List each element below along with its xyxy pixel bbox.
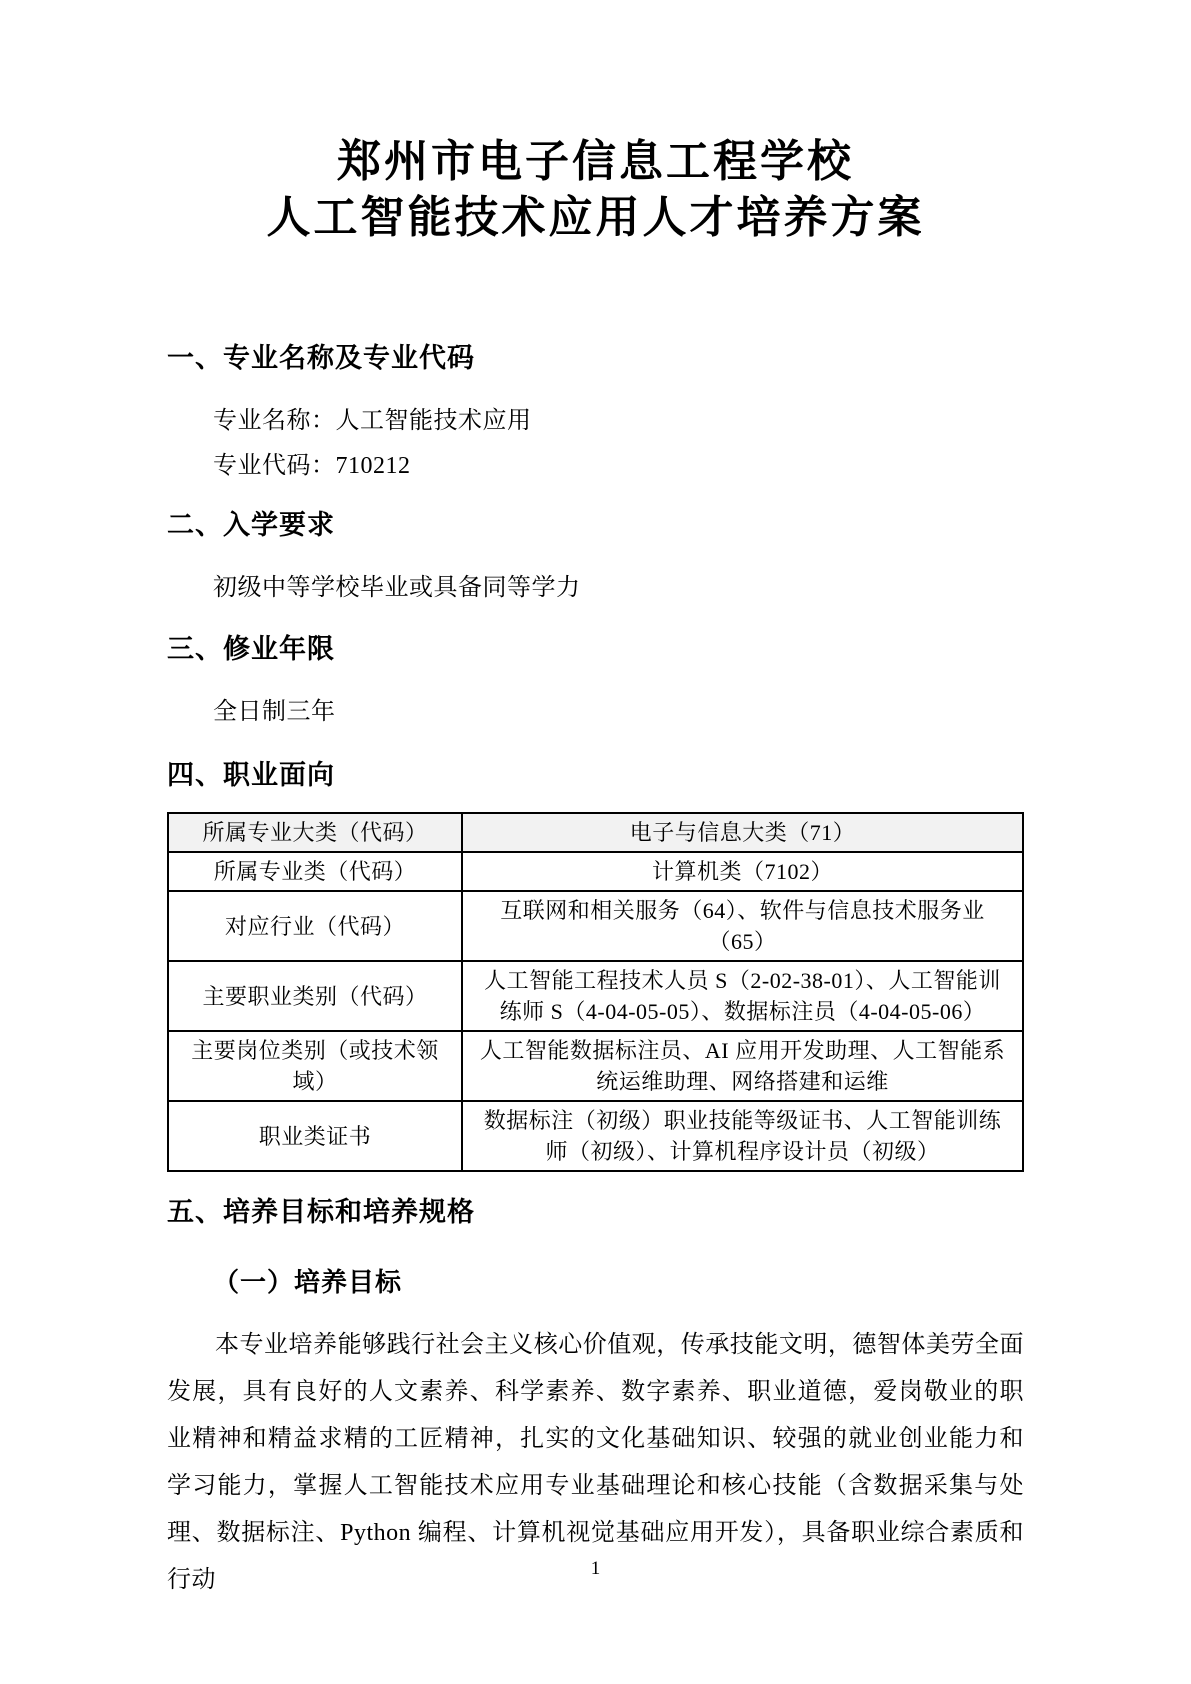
row-label-cell: 职业类证书: [168, 1101, 462, 1171]
document-page: 郑州市电子信息工程学校 人工智能技术应用人才培养方案 一、专业名称及专业代码 专…: [0, 0, 1191, 1684]
row-label-cell: 主要职业类别（代码）: [168, 961, 462, 1031]
document-title-line2: 人工智能技术应用人才培养方案: [267, 193, 925, 242]
section-heading-5: 五、培养目标和培养规格: [167, 1192, 1024, 1232]
table-row: 所属专业大类（代码） 电子与信息大类（71）: [168, 813, 1023, 852]
row-value-cell: 人工智能工程技术人员 S（2-02-38-01）、人工智能训练师 S（4-04-…: [462, 961, 1023, 1031]
section-heading-3: 三、修业年限: [167, 629, 1024, 669]
row-label-cell: 主要岗位类别（或技术领域）: [168, 1031, 462, 1101]
section-heading-1: 一、专业名称及专业代码: [167, 338, 1024, 378]
table-row: 对应行业（代码） 互联网和相关服务（64）、软件与信息技术服务业（65）: [168, 891, 1023, 961]
section-body-3: 全日制三年: [167, 690, 1024, 735]
page-number: 1: [0, 1558, 1191, 1580]
row-label-cell: 对应行业（代码）: [168, 891, 462, 961]
document-title: 郑州市电子信息工程学校 人工智能技术应用人才培养方案: [167, 134, 1024, 246]
major-code-line: 专业代码：710212: [167, 444, 1024, 489]
subsection-heading-training-objective: （一）培养目标: [167, 1262, 1024, 1302]
row-value-cell: 数据标注（初级）职业技能等级证书、人工智能训练师（初级）、计算机程序设计员（初级…: [462, 1101, 1023, 1171]
row-value-cell: 人工智能数据标注员、AI 应用开发助理、人工智能系统运维助理、网络搭建和运维: [462, 1031, 1023, 1101]
study-duration-line: 全日制三年: [167, 690, 1024, 735]
row-value-cell: 互联网和相关服务（64）、软件与信息技术服务业（65）: [462, 891, 1023, 961]
section-body-1: 专业名称：人工智能技术应用 专业代码：710212: [167, 399, 1024, 489]
admission-requirement-line: 初级中等学校毕业或具备同等学力: [167, 566, 1024, 611]
section-heading-2: 二、入学要求: [167, 505, 1024, 545]
major-name-line: 专业名称：人工智能技术应用: [167, 399, 1024, 444]
row-value-cell: 电子与信息大类（71）: [462, 813, 1023, 852]
row-label-cell: 所属专业大类（代码）: [168, 813, 462, 852]
section-heading-4: 四、职业面向: [167, 755, 1024, 795]
document-title-line1: 郑州市电子信息工程学校: [337, 137, 854, 186]
row-label-cell: 所属专业类（代码）: [168, 852, 462, 891]
table-row: 主要岗位类别（或技术领域） 人工智能数据标注员、AI 应用开发助理、人工智能系统…: [168, 1031, 1023, 1101]
row-value-cell: 计算机类（7102）: [462, 852, 1023, 891]
table-row: 职业类证书 数据标注（初级）职业技能等级证书、人工智能训练师（初级）、计算机程序…: [168, 1101, 1023, 1171]
career-orientation-table: 所属专业大类（代码） 电子与信息大类（71） 所属专业类（代码） 计算机类（71…: [167, 812, 1024, 1172]
table-row: 所属专业类（代码） 计算机类（7102）: [168, 852, 1023, 891]
table-row: 主要职业类别（代码） 人工智能工程技术人员 S（2-02-38-01）、人工智能…: [168, 961, 1023, 1031]
section-body-2: 初级中等学校毕业或具备同等学力: [167, 566, 1024, 611]
